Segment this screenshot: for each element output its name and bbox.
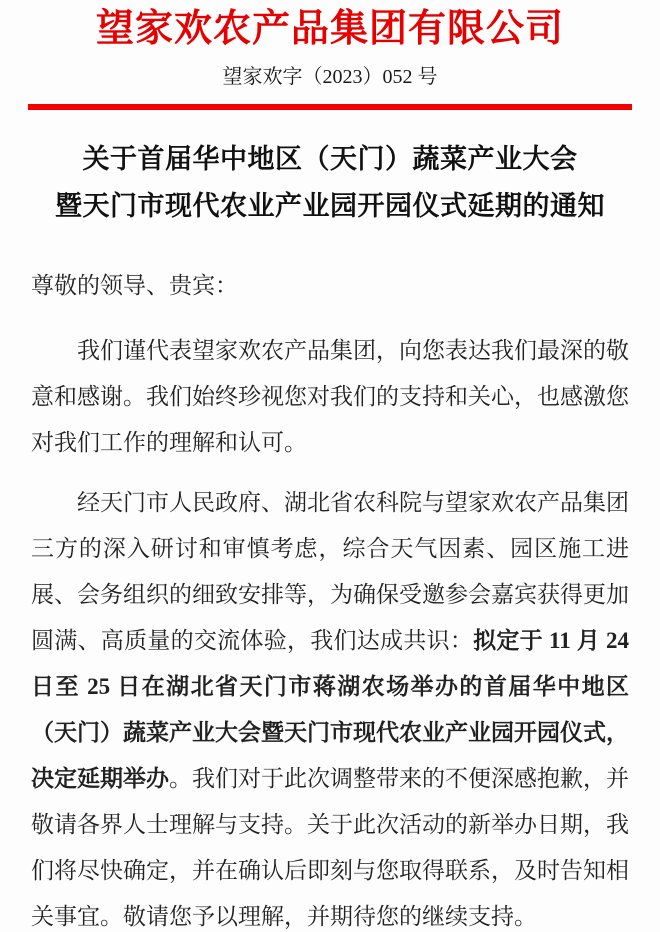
salutation: 尊敬的领导、贵宾： — [31, 270, 629, 302]
paragraph: 我们谨代表望家欢农产品集团，向您表达我们最深的敬意和感谢。我们始终珍视您对我们的… — [31, 328, 629, 466]
body-paragraphs: 我们谨代表望家欢农产品集团，向您表达我们最深的敬意和感谢。我们始终珍视您对我们的… — [31, 328, 629, 932]
doc-number: 望家欢字（2023）052 号 — [31, 64, 629, 90]
red-divider-rule — [28, 104, 632, 110]
notice-title-line1: 关于首届华中地区（天门）蔬菜产业大会 — [31, 136, 629, 183]
notice-document: 望家欢农产品集团有限公司 望家欢字（2023）052 号 关于首届华中地区（天门… — [0, 0, 660, 932]
company-title: 望家欢农产品集团有限公司 — [31, 0, 629, 50]
notice-title: 关于首届华中地区（天门）蔬菜产业大会 暨天门市现代农业产业园开园仪式延期的通知 — [31, 136, 629, 230]
paragraph: 经天门市人民政府、湖北省农科院与望家欢农产品集团三方的深入研讨和审慎考虑，综合天… — [31, 480, 629, 932]
notice-title-line2: 暨天门市现代农业产业园开园仪式延期的通知 — [31, 183, 629, 230]
paragraph-text: 我们谨代表望家欢农产品集团，向您表达我们最深的敬意和感谢。我们始终珍视您对我们的… — [31, 338, 629, 455]
